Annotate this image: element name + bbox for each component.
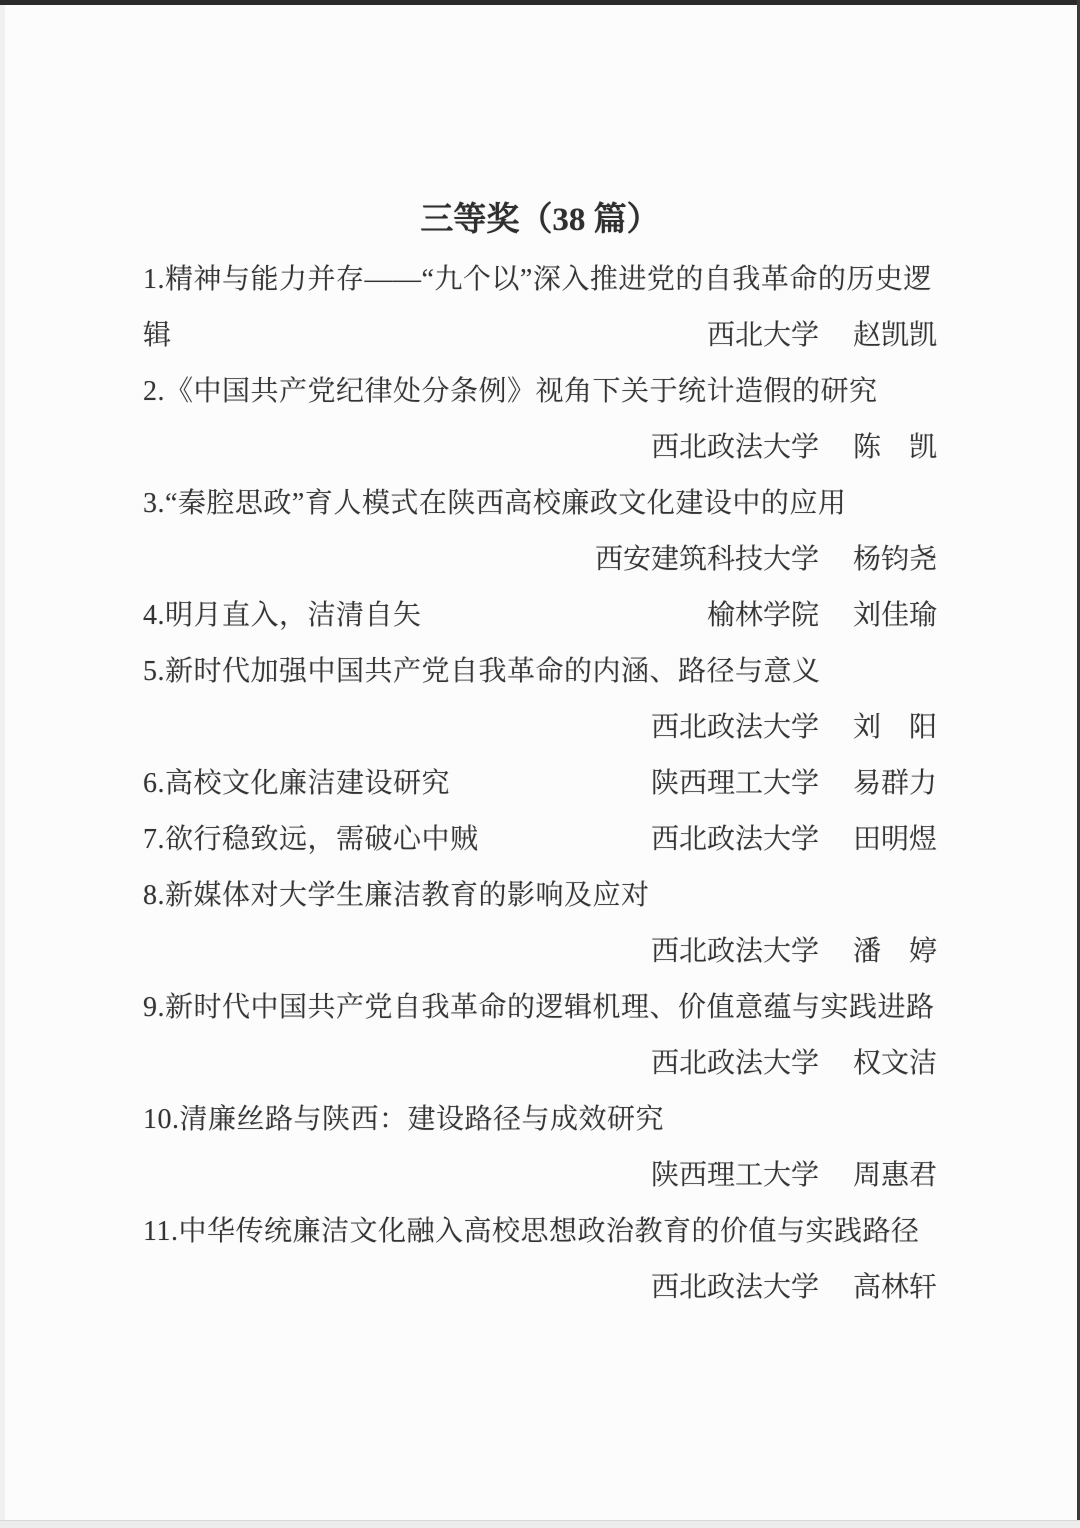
scanned-document-page: { "document": { "section_title": "三等奖（38… [0, 0, 1080, 1528]
scan-edge-bottom [0, 1520, 1080, 1528]
entry-author: 周惠君 [853, 1160, 937, 1191]
entry-attribution: 西北政法大学刘 阳 [651, 700, 937, 756]
award-document: 三等奖（38 篇） 1.精神与能力并存——“九个以”深入推进党的自我革命的历史逻… [143, 0, 937, 1316]
award-entry: 8.新媒体对大学生廉洁教育的影响及应对 西北政法大学潘 婷 [143, 868, 937, 980]
entry-author: 权文洁 [853, 1048, 937, 1079]
award-entry: 9.新时代中国共产党自我革命的逻辑机理、价值意蕴与实践进路 西北政法大学权文洁 [143, 980, 937, 1092]
scan-edge-left [0, 5, 5, 1528]
entry-author: 杨钧尧 [853, 544, 937, 575]
entry-author: 陈 凯 [853, 432, 937, 463]
entry-title: 11.中华传统廉洁文化融入高校思想政治教育的价值与实践路径 [143, 1216, 919, 1247]
entry-attribution: 西北政法大学陈 凯 [651, 420, 937, 476]
entry-university: 榆林学院 [707, 600, 819, 631]
entry-attribution: 西北大学赵凯凯 [707, 308, 937, 364]
entry-university: 陕西理工大学 [651, 768, 819, 799]
entry-author: 赵凯凯 [853, 320, 937, 351]
award-entry: 3.“秦腔思政”育人模式在陕西高校廉政文化建设中的应用 西安建筑科技大学杨钧尧 [143, 476, 937, 588]
entry-attribution: 西北政法大学潘 婷 [651, 924, 937, 980]
entry-university: 西北政法大学 [651, 1048, 819, 1079]
entry-attribution: 陕西理工大学易群力 [651, 756, 937, 812]
award-entry: 6.高校文化廉洁建设研究 陕西理工大学易群力 [143, 756, 937, 812]
entry-attribution: 西北政法大学权文洁 [651, 1036, 937, 1092]
award-entry: 1.精神与能力并存——“九个以”深入推进党的自我革命的历史逻辑 西北大学赵凯凯 [143, 252, 937, 364]
entry-title: 2.《中国共产党纪律处分条例》视角下关于统计造假的研究 [143, 376, 878, 407]
entry-attribution: 陕西理工大学周惠君 [651, 1148, 937, 1204]
entry-author: 刘佳瑜 [853, 600, 937, 631]
entry-university: 西北政法大学 [651, 1272, 819, 1303]
award-entry: 2.《中国共产党纪律处分条例》视角下关于统计造假的研究 西北政法大学陈 凯 [143, 364, 937, 476]
entry-title: 7.欲行稳致远，需破心中贼 [143, 824, 479, 855]
entry-attribution: 榆林学院刘佳瑜 [707, 588, 937, 644]
award-entries-list: 1.精神与能力并存——“九个以”深入推进党的自我革命的历史逻辑 西北大学赵凯凯 … [143, 252, 937, 1316]
entry-author: 田明煜 [853, 824, 937, 855]
scan-edge-top [0, 0, 1080, 5]
award-entry: 7.欲行稳致远，需破心中贼 西北政法大学田明煜 [143, 812, 937, 868]
entry-attribution: 西北政法大学高林轩 [651, 1260, 937, 1316]
award-entry: 11.中华传统廉洁文化融入高校思想政治教育的价值与实践路径 西北政法大学高林轩 [143, 1204, 937, 1316]
entry-author: 高林轩 [853, 1272, 937, 1303]
entry-title: 6.高校文化廉洁建设研究 [143, 768, 450, 799]
entry-title: 10.清廉丝路与陕西：建设路径与成效研究 [143, 1104, 664, 1135]
entry-university: 西北政法大学 [651, 712, 819, 743]
entry-attribution: 西安建筑科技大学杨钧尧 [595, 532, 937, 588]
entry-title: 4.明月直入，洁清自矢 [143, 600, 422, 631]
entry-title: 3.“秦腔思政”育人模式在陕西高校廉政文化建设中的应用 [143, 488, 846, 519]
entry-university: 西北大学 [707, 320, 819, 351]
entry-university: 西北政法大学 [651, 432, 819, 463]
award-entry: 4.明月直入，洁清自矢 榆林学院刘佳瑜 [143, 588, 937, 644]
award-entry: 5.新时代加强中国共产党自我革命的内涵、路径与意义 西北政法大学刘 阳 [143, 644, 937, 756]
entry-university: 西北政法大学 [651, 936, 819, 967]
award-entry: 10.清廉丝路与陕西：建设路径与成效研究 陕西理工大学周惠君 [143, 1092, 937, 1204]
entry-university: 西安建筑科技大学 [595, 544, 819, 575]
entry-attribution: 西北政法大学田明煜 [651, 812, 937, 868]
entry-author: 刘 阳 [853, 712, 937, 743]
entry-author: 易群力 [853, 768, 937, 799]
entry-author: 潘 婷 [853, 936, 937, 967]
entry-title: 9.新时代中国共产党自我革命的逻辑机理、价值意蕴与实践进路 [143, 992, 935, 1023]
entry-university: 西北政法大学 [651, 824, 819, 855]
entry-university: 陕西理工大学 [651, 1160, 819, 1191]
section-title: 三等奖（38 篇） [143, 196, 937, 244]
entry-title: 5.新时代加强中国共产党自我革命的内涵、路径与意义 [143, 656, 821, 687]
entry-title: 8.新媒体对大学生廉洁教育的影响及应对 [143, 880, 650, 911]
